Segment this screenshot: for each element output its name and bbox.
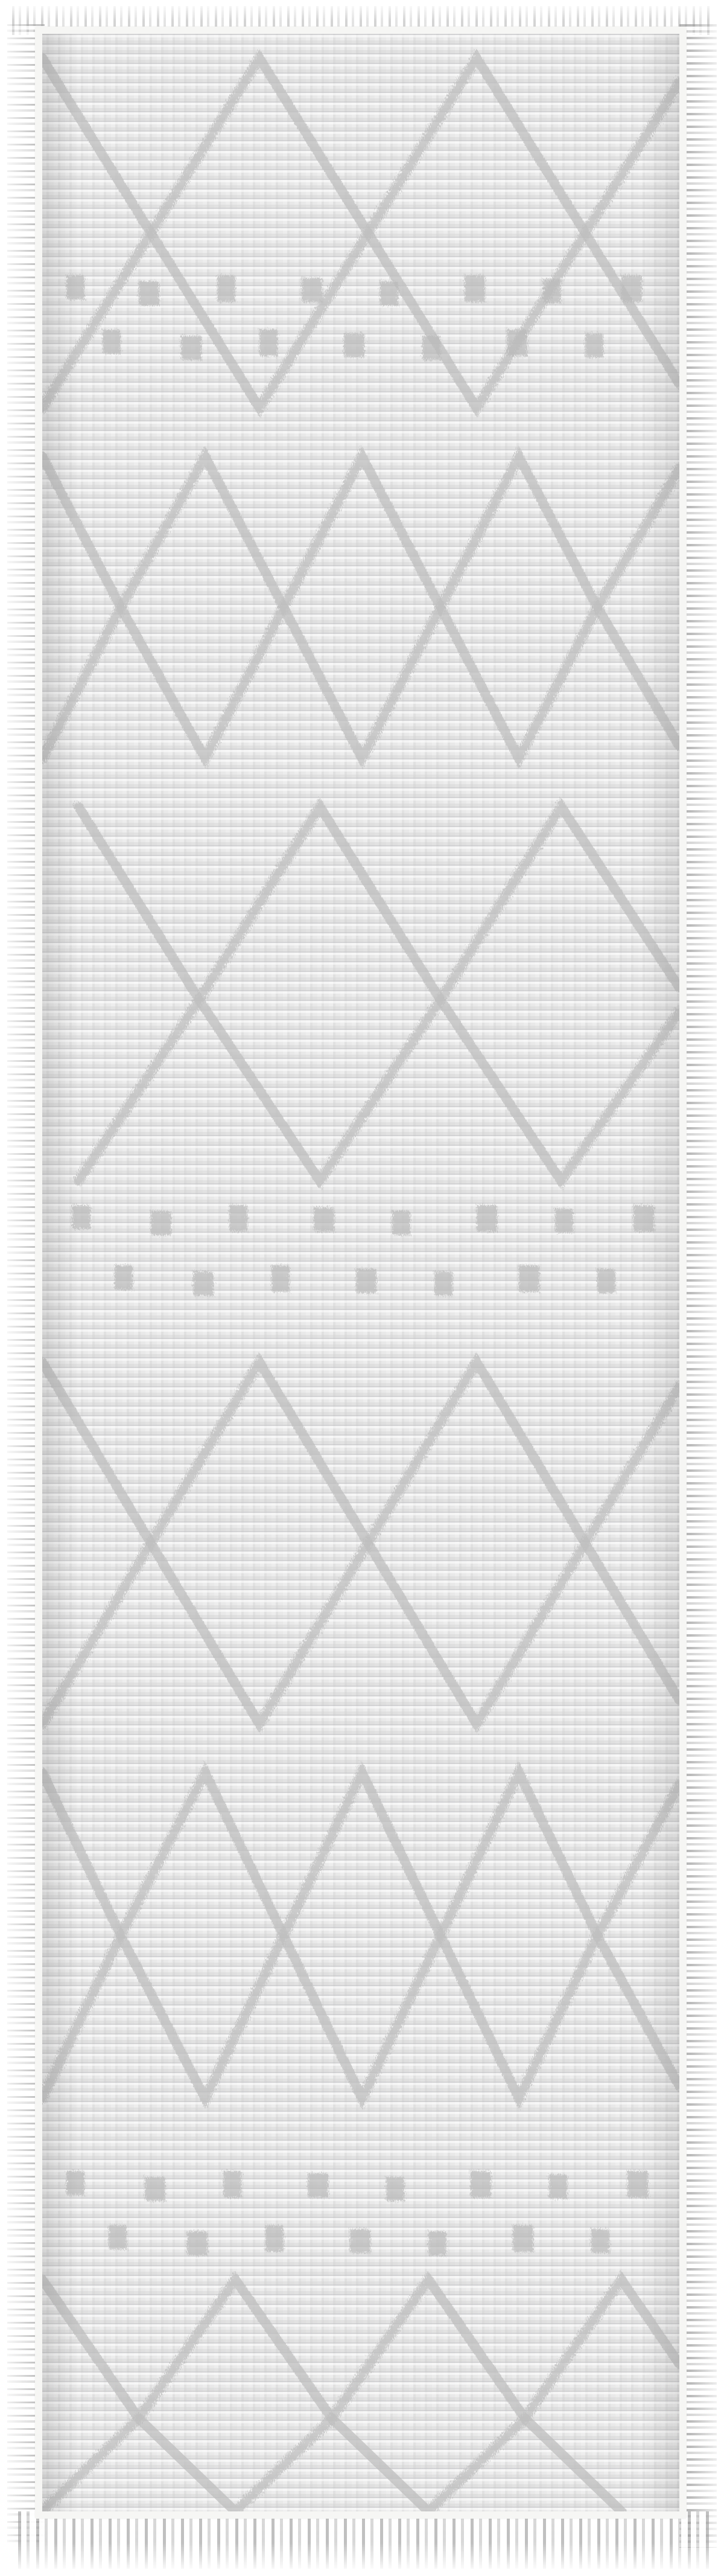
bottom-fringe (18, 2511, 709, 2569)
product-photo (0, 0, 724, 2576)
rug-pile-field (42, 34, 679, 2511)
pile-edge-shading (42, 34, 679, 2511)
